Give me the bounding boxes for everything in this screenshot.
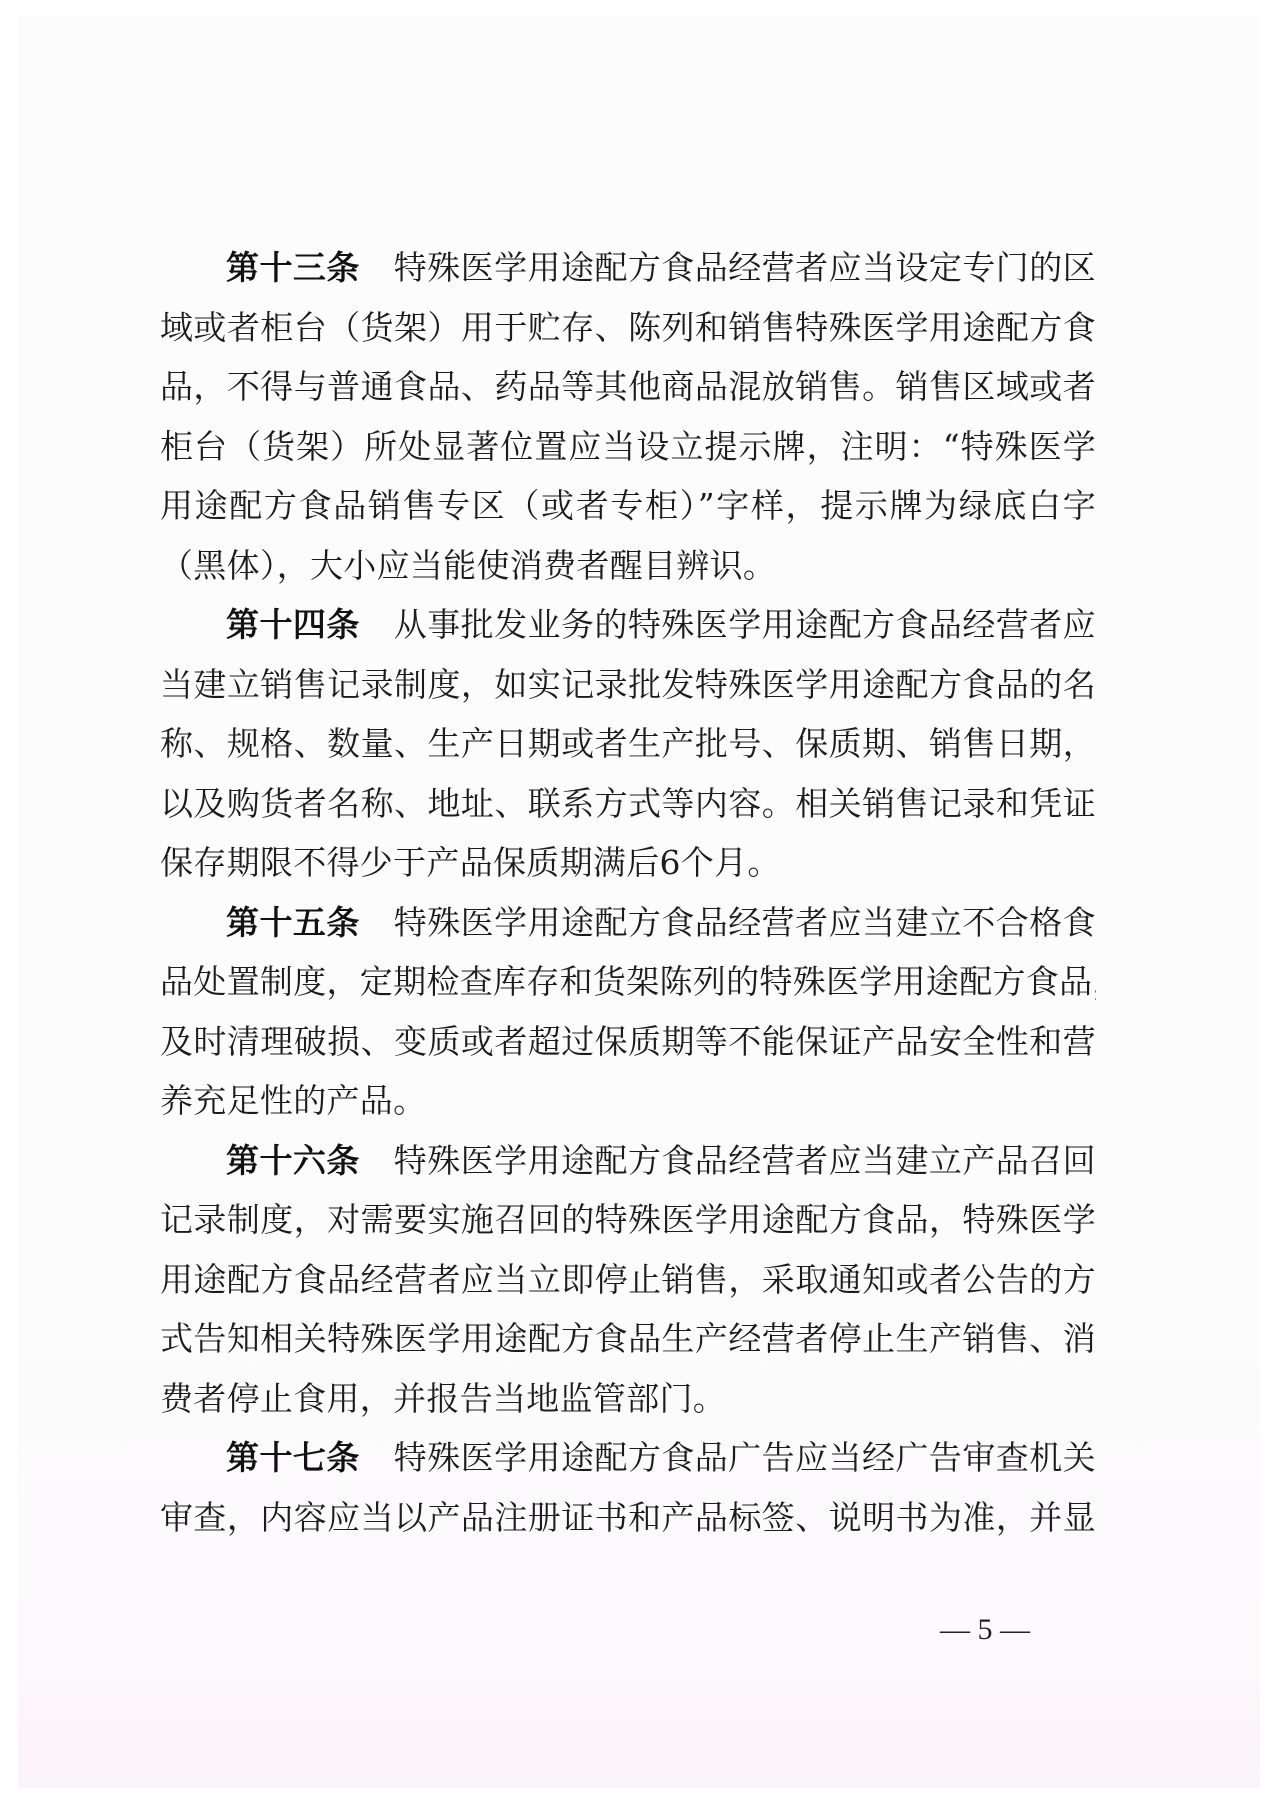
text-line: 用途配方食品经营者应当立即停止销售，采取通知或者公告的方 (160, 1250, 1096, 1310)
text-line: 费者停止食用，并报告当地监管部门。 (160, 1369, 1096, 1429)
article-first-line: 第十四条从事批发业务的特殊医学用途配方食品经营者应 (160, 595, 1096, 655)
text-line: 养充足性的产品。 (160, 1071, 1096, 1131)
text-line: 审查，内容应当以产品注册证书和产品标签、说明书为准，并显 (160, 1488, 1096, 1548)
article-13: 第十三条特殊医学用途配方食品经营者应当设定专门的区 域或者柜台（货架）用于贮存、… (160, 238, 1096, 595)
text-line: 从事批发业务的特殊医学用途配方食品经营者应 (394, 605, 1096, 644)
article-number: 第十六条 (226, 1141, 360, 1180)
text-line: 及时清理破损、变质或者超过保质期等不能保证产品安全性和营 (160, 1012, 1096, 1072)
text-line: 称、规格、数量、生产日期或者生产批号、保质期、销售日期， (160, 714, 1096, 774)
article-17: 第十七条特殊医学用途配方食品广告应当经广告审查机关 审查，内容应当以产品注册证书… (160, 1428, 1096, 1547)
text-line: 品处置制度，定期检查库存和货架陈列的特殊医学用途配方食品， (160, 952, 1096, 1012)
scan-shading (18, 1668, 1260, 1788)
text-line: 式告知相关特殊医学用途配方食品生产经营者停止生产销售、消 (160, 1309, 1096, 1369)
article-first-line: 第十七条特殊医学用途配方食品广告应当经广告审查机关 (160, 1428, 1096, 1488)
article-first-line: 第十三条特殊医学用途配方食品经营者应当设定专门的区 (160, 238, 1096, 298)
text-line: 特殊医学用途配方食品经营者应当设定专门的区 (394, 248, 1096, 287)
text-line: 记录制度，对需要实施召回的特殊医学用途配方食品，特殊医学 (160, 1190, 1096, 1250)
article-number: 第十三条 (226, 248, 360, 287)
text-line: 特殊医学用途配方食品经营者应当建立不合格食 (394, 903, 1096, 942)
document-body: 第十三条特殊医学用途配方食品经营者应当设定专门的区 域或者柜台（货架）用于贮存、… (160, 238, 1096, 1547)
page-number: — 5 — (940, 1613, 1030, 1647)
text-line: 特殊医学用途配方食品经营者应当建立产品召回 (394, 1141, 1096, 1180)
article-first-line: 第十五条特殊医学用途配方食品经营者应当建立不合格食 (160, 893, 1096, 953)
text-line: （黑体），大小应当能使消费者醒目辨识。 (160, 536, 1096, 596)
article-number: 第十五条 (226, 903, 360, 942)
text-line: 保存期限不得少于产品保质期满后6个月。 (160, 833, 1096, 893)
article-14: 第十四条从事批发业务的特殊医学用途配方食品经营者应 当建立销售记录制度，如实记录… (160, 595, 1096, 893)
article-16: 第十六条特殊医学用途配方食品经营者应当建立产品召回 记录制度，对需要实施召回的特… (160, 1131, 1096, 1429)
article-number: 第十四条 (226, 605, 360, 644)
article-first-line: 第十六条特殊医学用途配方食品经营者应当建立产品召回 (160, 1131, 1096, 1191)
text-line: 品，不得与普通食品、药品等其他商品混放销售。销售区域或者 (160, 357, 1096, 417)
article-number: 第十七条 (226, 1438, 360, 1477)
text-line: 用途配方食品销售专区（或者专柜）”字样，提示牌为绿底白字 (160, 476, 1096, 536)
article-15: 第十五条特殊医学用途配方食品经营者应当建立不合格食 品处置制度，定期检查库存和货… (160, 893, 1096, 1131)
text-line: 特殊医学用途配方食品广告应当经广告审查机关 (394, 1438, 1096, 1477)
text-line: 柜台（货架）所处显著位置应当设立提示牌，注明：“特殊医学 (160, 417, 1096, 477)
text-line: 当建立销售记录制度，如实记录批发特殊医学用途配方食品的名 (160, 655, 1096, 715)
text-line: 以及购货者名称、地址、联系方式等内容。相关销售记录和凭证 (160, 774, 1096, 834)
text-line: 域或者柜台（货架）用于贮存、陈列和销售特殊医学用途配方食 (160, 298, 1096, 358)
